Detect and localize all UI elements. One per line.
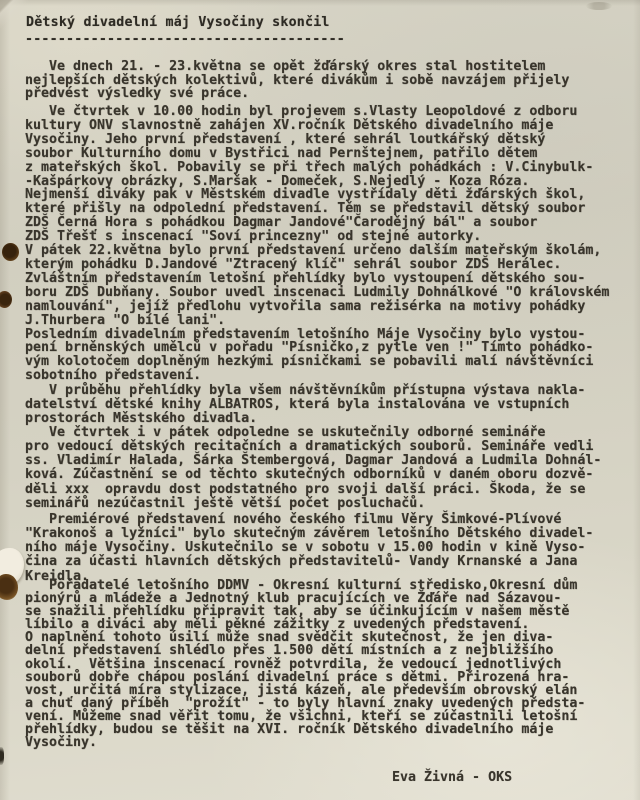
- text-line: J.Thurbera "O bílé lani".: [25, 314, 637, 328]
- text-line: namlouvání", jejíž předlohu vytvořila sa…: [25, 300, 637, 314]
- author-signature: Eva Živná - OKS: [392, 770, 512, 785]
- text-line: z mateřských škol. Pobavily se při třech…: [25, 161, 637, 175]
- text-line: delní představení shlédlo přes 1.500 dět…: [25, 644, 637, 657]
- text-line: kultury ONV slavnostně zahájen XV.ročník…: [25, 119, 637, 133]
- text-line: vost, určitá míra stylizace, jistá kázeň…: [25, 684, 637, 697]
- text-line: čina za účasti hlavních dětských předsta…: [25, 555, 637, 569]
- text-line: V pátek 22.května bylo první představení…: [25, 244, 637, 258]
- text-line: prostorách Městského divadla.: [25, 412, 637, 426]
- text-line: ZDŠ Třešť s inscenací "Soví princezny" o…: [25, 230, 637, 244]
- text-line: souborů dobře chápou poslání divadelní p…: [25, 671, 637, 684]
- text-line: Zvláštním představením letošní přehlídky…: [25, 272, 637, 286]
- text-line: Ve dnech 21. - 23.května se opět žďárský…: [25, 60, 637, 74]
- document-body: Ve dnech 21. - 23.května se opět žďárský…: [0, 0, 640, 800]
- text-line: seminářů nezúčastnil ještě větší počet p…: [25, 497, 637, 511]
- paragraph-block: Pořadatelé letošního DDMV - Okresní kult…: [25, 579, 637, 749]
- text-line: Vysočiny.: [25, 736, 637, 749]
- text-line: ková. Zúčastnění se od těchto skutečných…: [25, 468, 637, 482]
- text-line: předvést výsledky své práce.: [25, 87, 637, 101]
- scanned-typewritten-page: Dětský divadelní máj Vysočiny skončil --…: [0, 0, 640, 800]
- text-line: Vysočiny. Jeho první představení , které…: [25, 133, 637, 147]
- text-line: okolí. Většina inscenací rovněž potvrdil…: [25, 658, 637, 671]
- text-line: děli xxx opravdu dost podstatného pro sv…: [25, 483, 637, 497]
- text-line: přehlídky, budou se těšit na XVI. ročník…: [25, 723, 637, 736]
- text-line: sobotního představení.: [25, 369, 637, 383]
- text-line: kterým pohádku D.Jandové "Ztracený klíč"…: [25, 258, 637, 272]
- text-line: nejlepších dětských kolektivů, které div…: [25, 74, 637, 88]
- text-line: V průběhu přehlídky byla všem návštěvník…: [25, 384, 637, 398]
- paragraph-block: Ve dnech 21. - 23.května se opět žďárský…: [25, 60, 637, 101]
- paragraph-block: Ve čtvrtek i v pátek odpoledne se uskute…: [25, 426, 637, 511]
- text-line: Ve čtvrtek v 10.00 hodin byl projevem s.…: [25, 105, 637, 119]
- text-line: soubor Kulturního domu v Bystřici nad Pe…: [25, 147, 637, 161]
- paragraph-block: V průběhu přehlídky byla všem návštěvník…: [25, 384, 637, 426]
- text-line: datelství dětské knihy ALBATROS, která b…: [25, 398, 637, 412]
- text-line: a chuť daný příběh "prožít" - to byly hl…: [25, 697, 637, 710]
- paragraph-block: Ve čtvrtek v 10.00 hodin byl projevem s.…: [25, 105, 637, 383]
- paragraph-block: Premiérové představení nového českého fi…: [25, 513, 637, 584]
- text-line: boru ZDŠ Dubňany. Soubor uvedl inscenaci…: [25, 286, 637, 300]
